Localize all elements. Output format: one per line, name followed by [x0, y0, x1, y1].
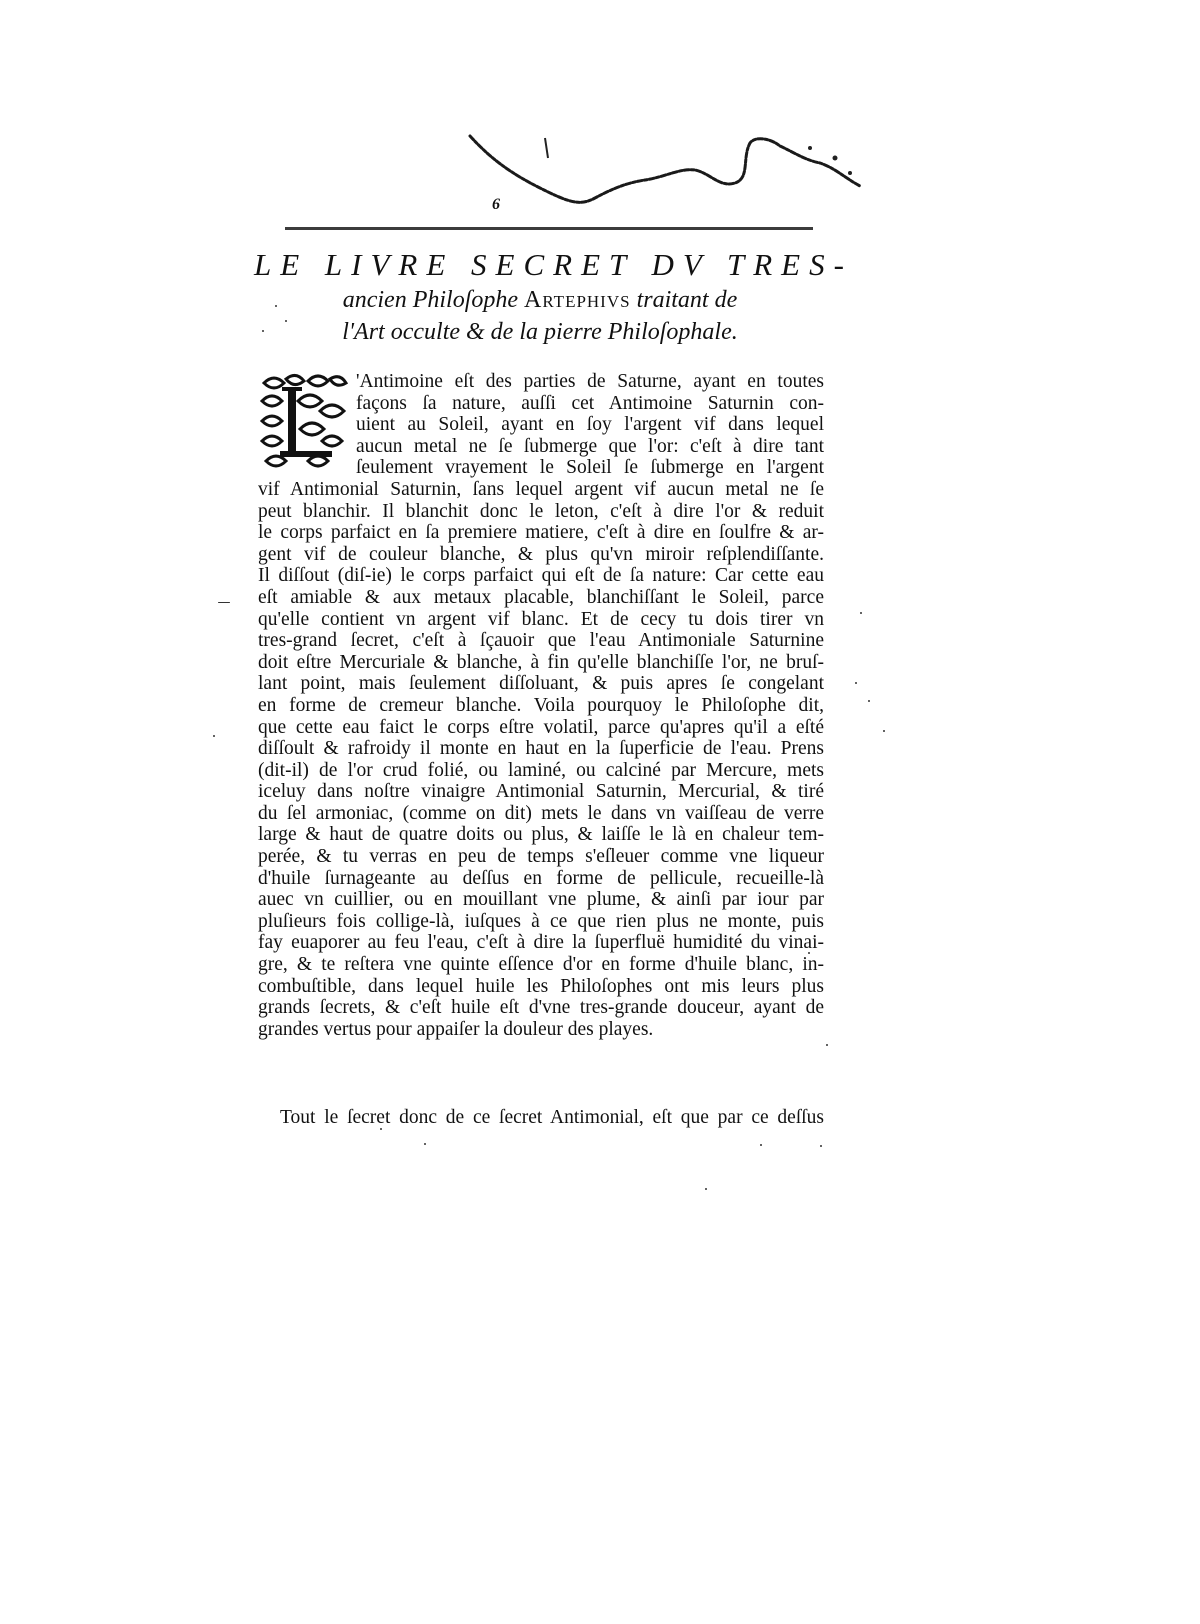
header-rule-divider	[285, 227, 813, 230]
text-line: iceluy dans noſtre vinaigre Antimonial S…	[258, 781, 824, 803]
text-line: (dit-il) de l'or crud folié, ou laminé, …	[258, 760, 824, 782]
title-line-1: LE LIVRE SECRET DV TRES-	[240, 246, 840, 284]
header-flourish-ornament	[450, 128, 870, 218]
text-line: grandes vertus pour appaiſer la douleur …	[258, 1019, 824, 1041]
text-line: lant point, mais ſeulement diſſoluant, &…	[258, 673, 824, 695]
text-line: large & haut de quatre doits ou plus, & …	[258, 824, 824, 846]
title-line-3: l'Art occulte & de la pierre Philoſophal…	[240, 316, 840, 348]
text-line: peut blanchir. Il blanchit donc le leton…	[258, 501, 824, 523]
text-line: uient au Soleil, ayant en ſoy l'argent v…	[356, 414, 824, 436]
text-line: gent vif de couleur blanche, & plus qu'v…	[258, 544, 824, 566]
text-line: qu'elle contient vn argent vif blanc. Et…	[258, 609, 824, 631]
text-line: 'Antimoine eſt des parties de Saturne, a…	[356, 371, 824, 393]
text-line: pluſieurs fois collige-là, iuſques à ce …	[258, 911, 824, 933]
text-line: combuſtible, dans lequel huile les Philo…	[258, 976, 824, 998]
text-line: d'huile ſurnageante au deſſus en forme d…	[258, 868, 824, 890]
decorated-drop-cap-icon: L	[258, 371, 350, 469]
text-line: auec vn cuillier, ou en mouillant vne pl…	[258, 889, 824, 911]
text-line: doit eſtre Mercuriale & blanche, à fin q…	[258, 652, 824, 674]
text-line: vif Antimonial Saturnin, ſans lequel arg…	[258, 479, 824, 501]
title-line-2: ancien Philoſophe Artephivs traitant de	[240, 284, 840, 316]
text-line: que cette eau faict le corps eſtre volat…	[258, 717, 824, 739]
title-line-2-post: traitant de	[631, 287, 738, 313]
page-number: 6	[492, 196, 500, 214]
text-line: gre, & te reſtera vne quinte eſſence d'o…	[258, 954, 824, 976]
paragraph-1: L 'Antimoine eſt des parties de Saturne,…	[258, 371, 824, 1040]
author-name: Artephivs	[524, 287, 631, 313]
scanned-book-page: 6 LE LIVRE SECRET DV TRES- ancien Philoſ…	[0, 0, 1200, 1624]
text-line: du ſel armoniac, (comme on dit) mets le …	[258, 803, 824, 825]
text-line: perée, & tu verras en peu de temps s'eſl…	[258, 846, 824, 868]
title-line-2-pre: ancien Philoſophe	[343, 287, 524, 313]
text-line: Il diſſout (diſ-ie) le corps parfaict qu…	[258, 565, 824, 587]
text-line: en forme de cremeur blanche. Voila pourq…	[258, 695, 824, 717]
text-line: eſt amiable & aux metaux placable, blanc…	[258, 587, 824, 609]
text-line: aucun metal ne ſe ſubmerge que l'or: c'e…	[356, 436, 824, 458]
text-line: façons ſa nature, auſſi cet Antimoine Sa…	[356, 393, 824, 415]
text-line: fay euaporer au feu l'eau, c'eſt à dire …	[258, 932, 824, 954]
text-line: Tout le ſecret donc de ce ſecret Antimon…	[280, 1107, 824, 1129]
text-line: grands ſecrets, & c'eſt huile eſt d'vne …	[258, 997, 824, 1019]
text-line: le corps parfaict en ſa premiere matiere…	[258, 522, 824, 544]
text-line: tres-grand ſecret, c'eſt à ſçauoir que l…	[258, 630, 824, 652]
text-line: ſeulement vrayement le Soleil ſe ſubmerg…	[356, 457, 824, 479]
chapter-title: LE LIVRE SECRET DV TRES- ancien Philoſop…	[240, 246, 840, 348]
paragraph-2: Tout le ſecret donc de ce ſecret Antimon…	[280, 1107, 824, 1129]
text-line: diſſoult & rafroidy il monte en haut en …	[258, 738, 824, 760]
